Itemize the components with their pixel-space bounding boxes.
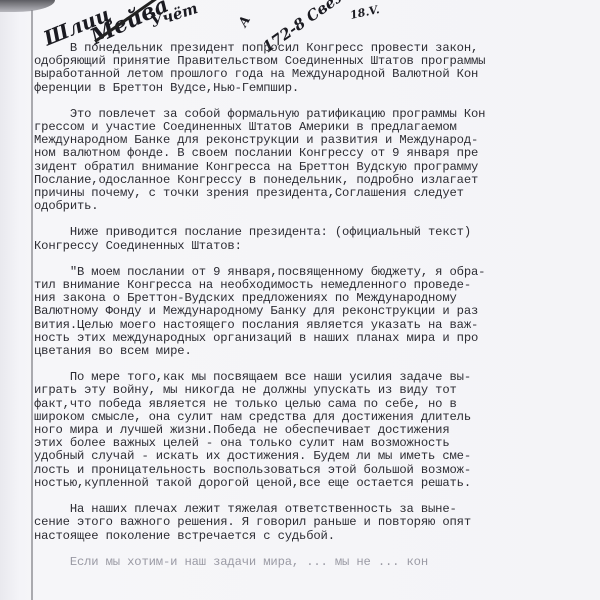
typewritten-body: В понедельник президент попросил Конгрес… [34, 42, 600, 582]
text-line: играть эту войну, мы никогда не должны у… [34, 384, 600, 397]
paragraph-quote-4-partial: Если мы хотим-и наш задачи мира, ... мы … [34, 556, 600, 569]
paragraph-lead-in: Ниже приводится послание президента: (оф… [34, 226, 600, 252]
text-line: ференции в Бреттон Вудсе,Нью-Гемпшир. [34, 82, 600, 95]
paragraph-quote-3: На наших плечах лежит тяжелая ответствен… [34, 503, 600, 543]
paragraph-quote-2: По мере того,как мы посвящаем все наши у… [34, 371, 600, 490]
text-line: Если мы хотим-и наш задачи мира, ... мы … [34, 556, 600, 569]
paragraph-quote-1: "В моем послании от 9 января,посвященном… [34, 266, 600, 358]
text-line: Конгрессу Соединенных Штатов: [34, 240, 600, 253]
text-line: сение этого важного решения. Я говорил р… [34, 516, 600, 529]
text-line: цветания во всем мире. [34, 345, 600, 358]
text-line: Валютному Фонду и Международному Банку д… [34, 305, 600, 318]
binding-margin-line [31, 10, 33, 600]
text-line: факт,что победа является не только целью… [34, 398, 600, 411]
handwritten-date: 18.V. [349, 3, 381, 22]
text-line: причины почему, с точки зрения президент… [34, 187, 600, 200]
text-line: ностью,купленной такой дорогой ценой,все… [34, 477, 600, 490]
text-line: зидент обратил внимание Конгресса на Бре… [34, 161, 600, 174]
text-line: Ниже приводится послание президента: (оф… [34, 226, 600, 239]
text-line: удобный случай - искать их достижения. Б… [34, 450, 600, 463]
document-page: Шлиц Мейва Учёт A 172-8 Свеж 18.V. В пон… [0, 0, 600, 600]
text-line: ном валютном фонде. В своем послании Кон… [34, 147, 600, 160]
paragraph-ratification: Это повлечет за собой формальную ратифик… [34, 108, 600, 214]
text-line: одобрить. [34, 200, 600, 213]
handwritten-note: A [236, 13, 254, 29]
page-corner-shadow [0, 0, 55, 12]
paragraph-intro: В понедельник президент попросил Конгрес… [34, 42, 600, 95]
text-line: выработанной летом прошлого года на Межд… [34, 68, 600, 81]
text-line: настоящее поколение встречается с судьбо… [34, 530, 600, 543]
text-line: лость и проницательность воспользоваться… [34, 464, 600, 477]
text-line: вития.Целью моего настоящего послания яв… [34, 319, 600, 332]
